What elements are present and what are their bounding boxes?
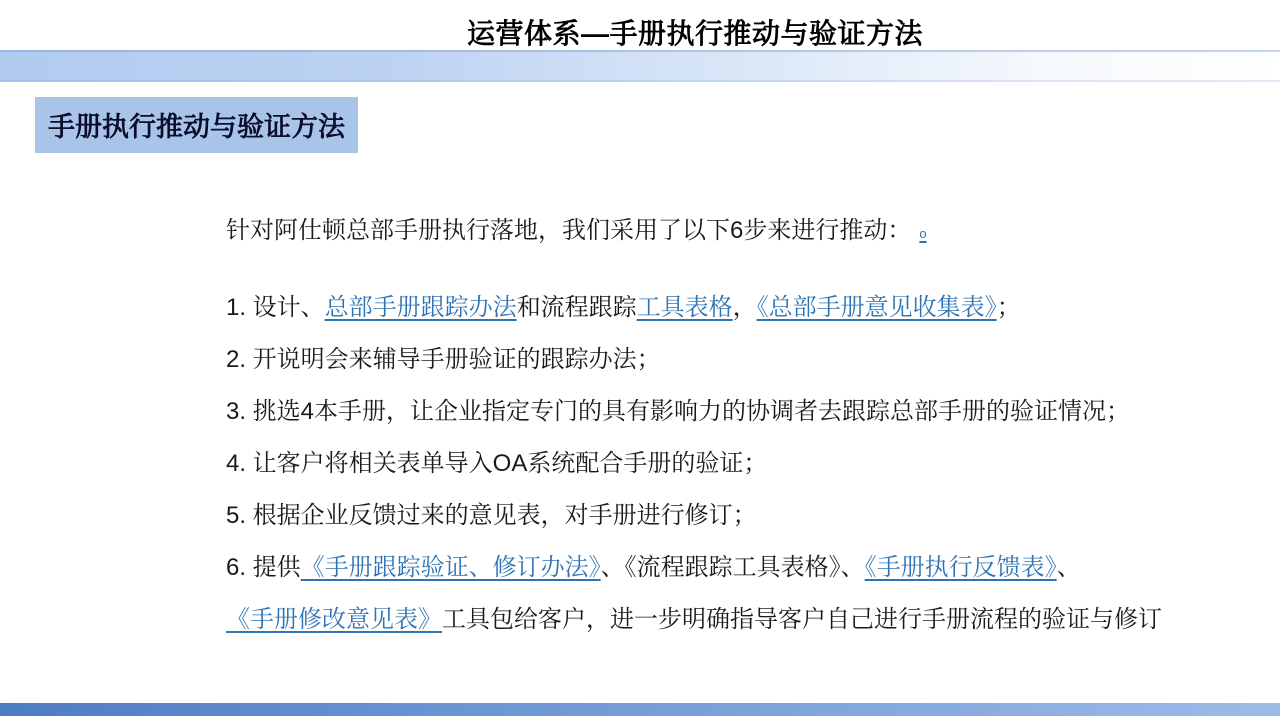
text-segment: 6. 提供 <box>226 554 301 581</box>
slide: 运营体系—手册执行推动与验证方法 手册执行推动与验证方法 针对阿仕顿总部手册执行… <box>0 0 1280 720</box>
link-hq-manual-tracking-method[interactable]: 总部手册跟踪办法 <box>325 294 517 321</box>
list-item-3: 3. 挑选4本手册，让企业指定专门的具有影响力的协调者去跟踪总部手册的验证情况； <box>226 397 1130 427</box>
link-manual-execution-feedback-form[interactable]: 《手册执行反馈表》 <box>865 554 1057 581</box>
list-item-2: 2. 开说明会来辅导手册验证的跟踪办法； <box>226 345 661 375</box>
link-manual-tracking-verification-revision-method[interactable]: 《手册跟踪验证、修订办法》 <box>301 554 601 581</box>
text-segment: 5. 根据企业反馈过来的意见表，对手册进行修订； <box>226 502 757 529</box>
text-segment: 、《流程跟踪工具表格》、 <box>601 554 865 581</box>
intro-line: 针对阿仕顿总部手册执行落地，我们采用了以下6步来进行推动：o <box>226 216 930 246</box>
section-heading: 手册执行推动与验证方法 <box>35 97 358 153</box>
intro-text: 针对阿仕顿总部手册执行落地，我们采用了以下6步来进行推动： <box>226 217 911 244</box>
text-segment: 、 <box>1057 554 1081 581</box>
list-item-5: 5. 根据企业反馈过来的意见表，对手册进行修订； <box>226 501 757 531</box>
page-title: 运营体系—手册执行推动与验证方法 <box>55 12 1280 52</box>
footer-gradient-bar <box>0 703 1280 716</box>
link-hq-manual-feedback-collection-form[interactable]: 《总部手册意见收集表》 <box>757 294 997 321</box>
text-segment: 3. 挑选4本手册，让企业指定专门的具有影响力的协调者去跟踪总部手册的验证情况； <box>226 398 1130 425</box>
footnote-link[interactable]: o <box>916 226 929 241</box>
text-segment: 工具包给客户，进一步明确指导客户自己进行手册流程的验证与修订 <box>442 606 1162 633</box>
text-segment: ， <box>733 294 757 321</box>
text-segment: 4. 让客户将相关表单导入OA系统配合手册的验证； <box>226 450 767 477</box>
link-manual-revision-feedback-form[interactable]: 《手册修改意见表》 <box>226 606 442 633</box>
text-segment: 和流程跟踪 <box>517 294 637 321</box>
text-segment: ； <box>997 294 1021 321</box>
link-tool-forms[interactable]: 工具表格 <box>637 294 733 321</box>
text-segment: 1. 设计、 <box>226 294 325 321</box>
header-gradient-bar <box>0 50 1280 82</box>
text-segment: 2. 开说明会来辅导手册验证的跟踪办法； <box>226 346 661 373</box>
list-item-1: 1. 设计、总部手册跟踪办法和流程跟踪工具表格，《总部手册意见收集表》； <box>226 293 1021 323</box>
list-item-4: 4. 让客户将相关表单导入OA系统配合手册的验证； <box>226 449 767 479</box>
list-item-6-continued: 《手册修改意见表》工具包给客户，进一步明确指导客户自己进行手册流程的验证与修订 <box>226 605 1162 635</box>
list-item-6: 6. 提供《手册跟踪验证、修订办法》、《流程跟踪工具表格》、《手册执行反馈表》、 <box>226 553 1081 583</box>
